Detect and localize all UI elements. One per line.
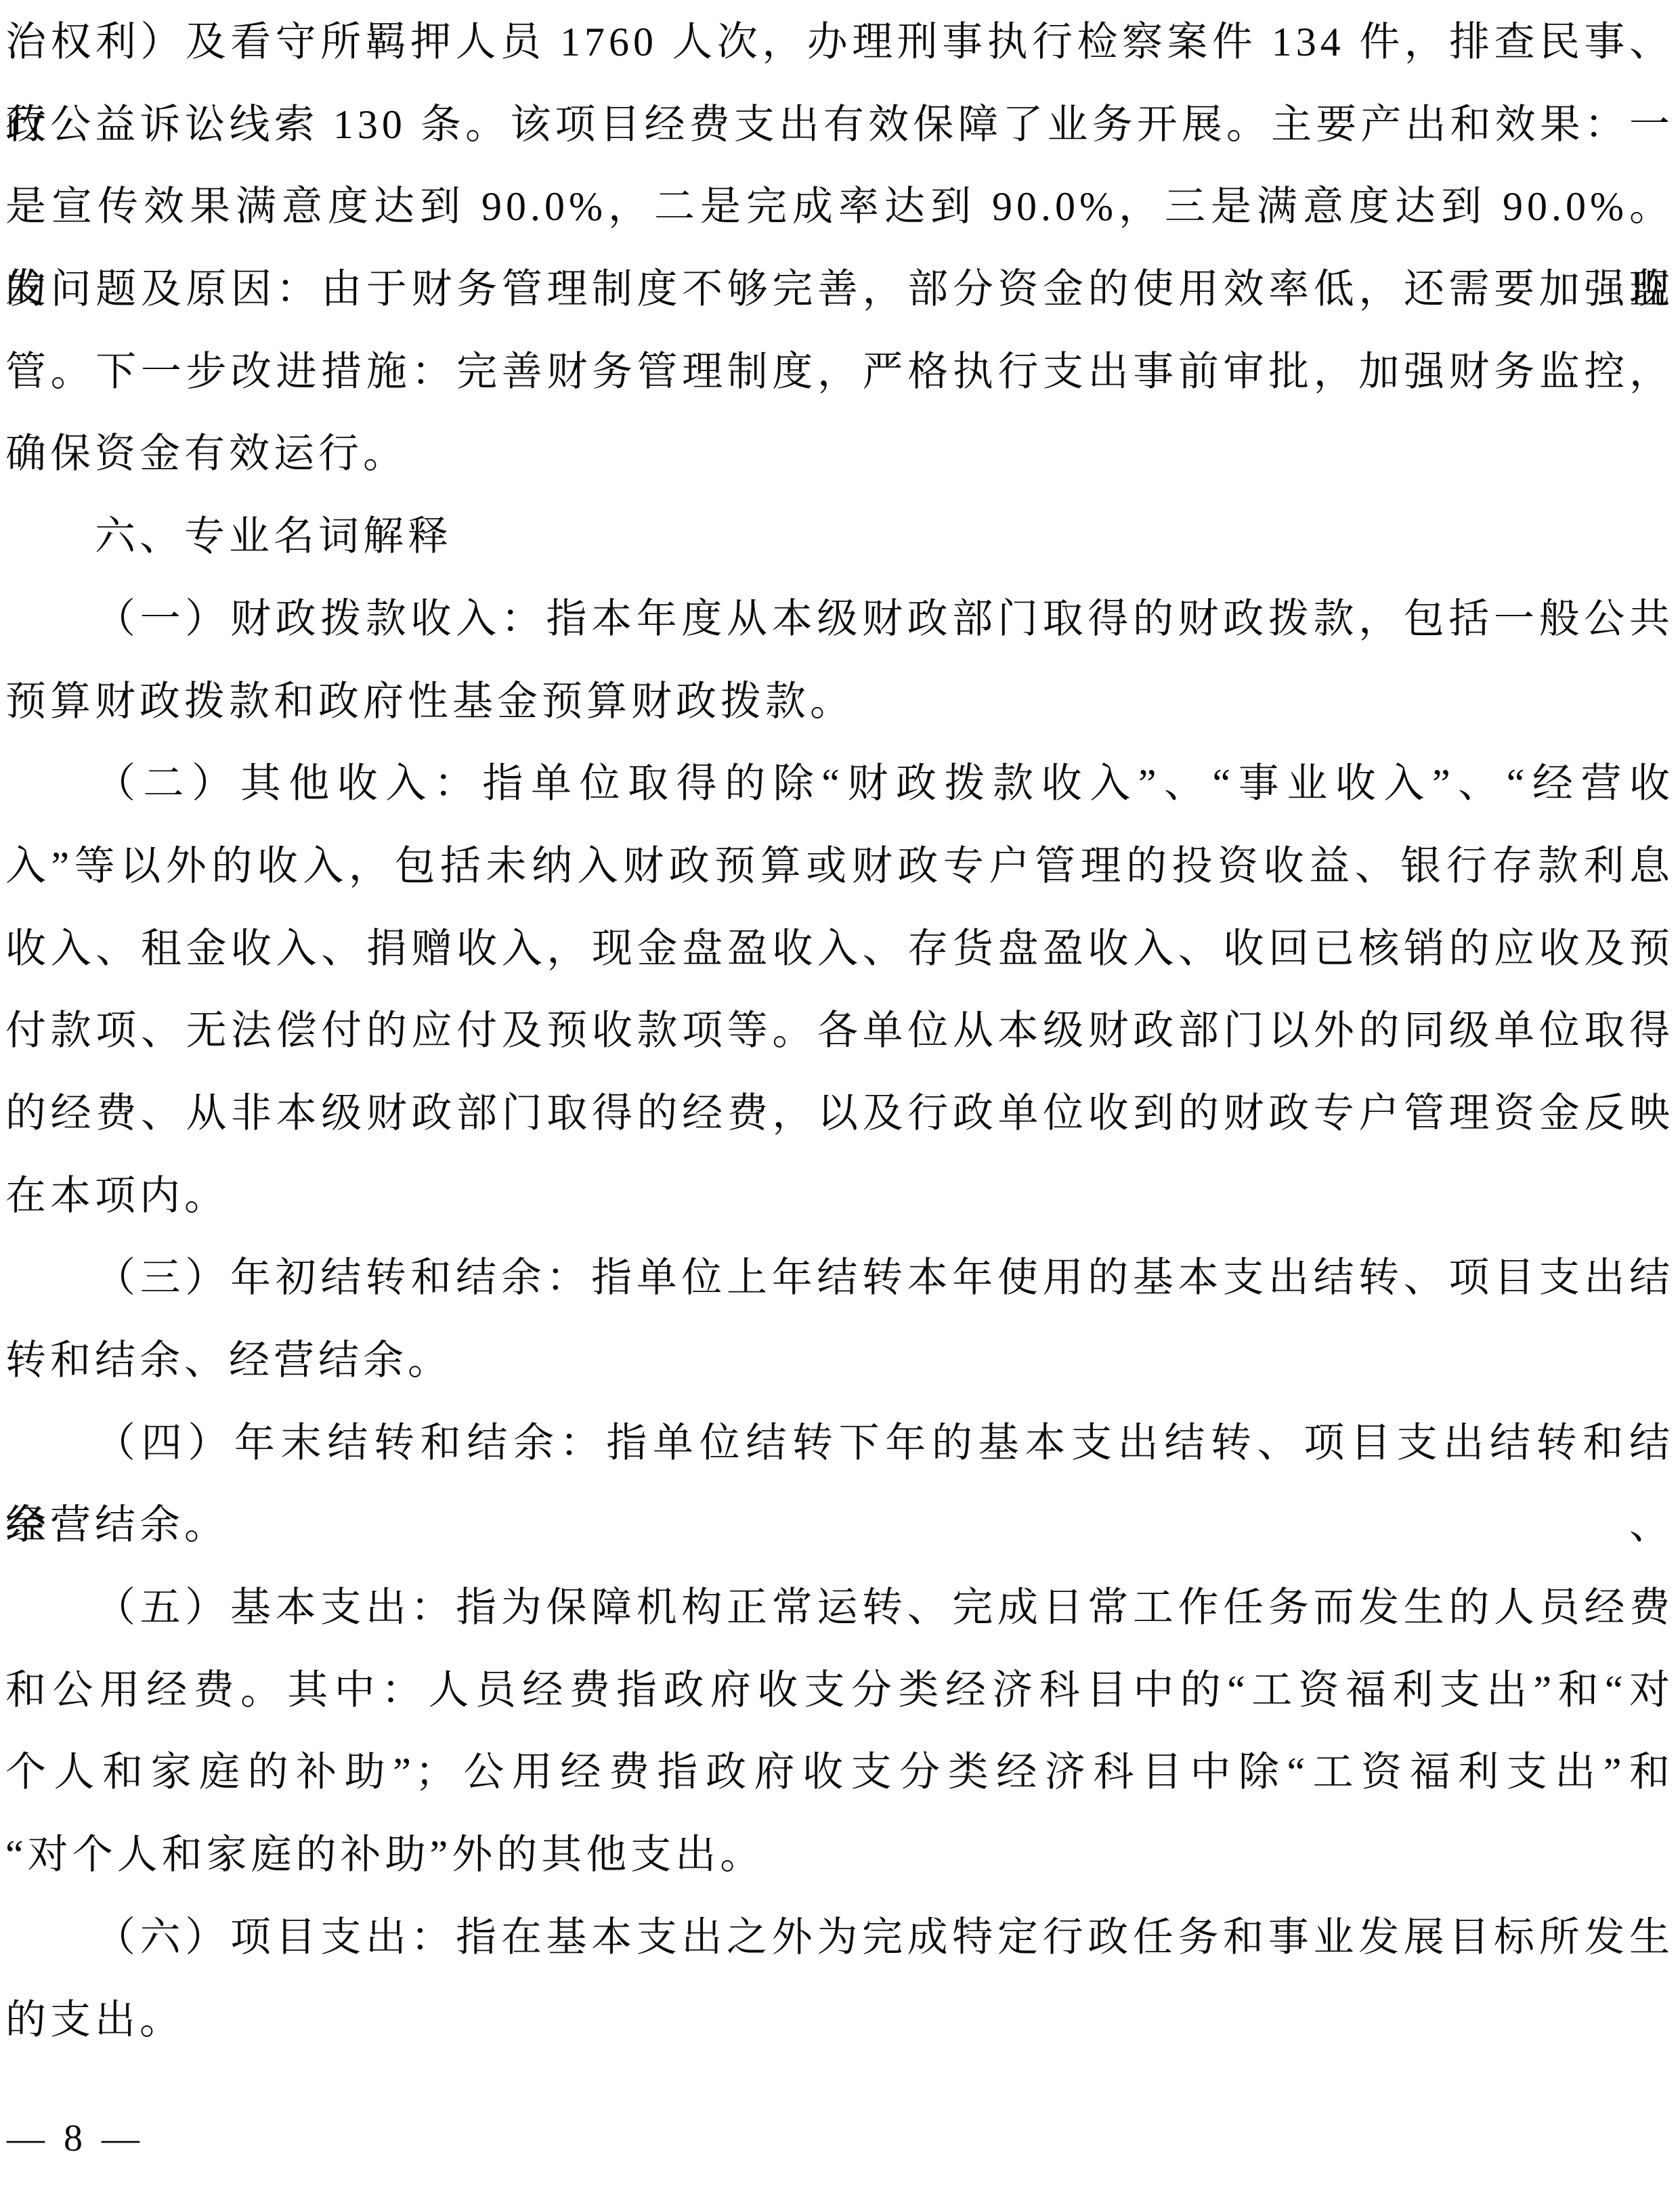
text-line-12: 收入、租金收入、捐赠收入，现金盘盈收入、存货盘盈收入、收回已核销的应收及预	[5, 908, 1674, 991]
text-line-01: 治权利）及看守所羁押人员 1760 人次，办理刑事执行检察案件 134 件，排查…	[5, 1, 1674, 84]
page-number: — 8 —	[7, 2111, 141, 2166]
text-line-03: 是宣传效果满意度达到 90.0%，二是完成率达到 90.0%，三是满意度达到 9…	[5, 166, 1674, 249]
text-line-24: （六）项目支出：指在基本支出之外为完成特定行政任务和事业发展目标所发生	[5, 1897, 1674, 1979]
text-line-05: 管。下一步改进措施：完善财务管理制度，严格执行支出事前审批，加强财务监控，	[5, 331, 1674, 414]
text-line-08: （一）财政拨款收入：指本年度从本级财政部门取得的财政拨款，包括一般公共	[5, 578, 1674, 661]
text-line-18: （四）年末结转和结余：指单位结转下年的基本支出结转、项目支出结转和结余、	[5, 1402, 1674, 1485]
text-line-15: 在本项内。	[5, 1155, 1674, 1238]
section-heading: 六、专业名词解释	[5, 496, 1674, 578]
text-line-13: 付款项、无法偿付的应付及预收款项等。各单位从本级财政部门以外的同级单位取得	[5, 990, 1674, 1073]
text-line-21: 和公用经费。其中：人员经费指政府收支分类经济科目中的“工资福利支出”和“对	[5, 1650, 1674, 1732]
text-line-06: 确保资金有效运行。	[5, 413, 1674, 496]
text-line-04: 的问题及原因：由于财务管理制度不够完善，部分资金的使用效率低，还需要加强监	[5, 249, 1674, 331]
text-line-22: 个人和家庭的补助”；公用经费指政府收支分类经济科目中除“工资福利支出”和	[5, 1731, 1674, 1814]
text-line-14: 的经费、从非本级财政部门取得的经费，以及行政单位收到的财政专户管理资金反映	[5, 1073, 1674, 1155]
text-line-23: “对个人和家庭的补助”外的其他支出。	[5, 1814, 1674, 1897]
text-line-20: （五）基本支出：指为保障机构正常运转、完成日常工作任务而发生的人员经费	[5, 1567, 1674, 1650]
text-line-02: 政公益诉讼线索 130 条。该项目经费支出有效保障了业务开展。主要产出和效果：一	[5, 84, 1674, 167]
text-line-16: （三）年初结转和结余：指单位上年结转本年使用的基本支出结转、项目支出结	[5, 1237, 1674, 1320]
document-text-block: 治权利）及看守所羁押人员 1760 人次，办理刑事执行检察案件 134 件，排查…	[5, 1, 1674, 2061]
text-line-10: （二）其他收入：指单位取得的除“财政拨款收入”、“事业收入”、“经营收	[5, 743, 1674, 825]
document-page: 治权利）及看守所羁押人员 1760 人次，办理刑事执行检察案件 134 件，排查…	[0, 0, 1680, 2196]
text-line-17: 转和结余、经营结余。	[5, 1320, 1674, 1402]
text-line-09: 预算财政拨款和政府性基金预算财政拨款。	[5, 661, 1674, 744]
text-line-11: 入”等以外的收入，包括未纳入财政预算或财政专户管理的投资收益、银行存款利息	[5, 825, 1674, 908]
text-line-25: 的支出。	[5, 1979, 1674, 2062]
